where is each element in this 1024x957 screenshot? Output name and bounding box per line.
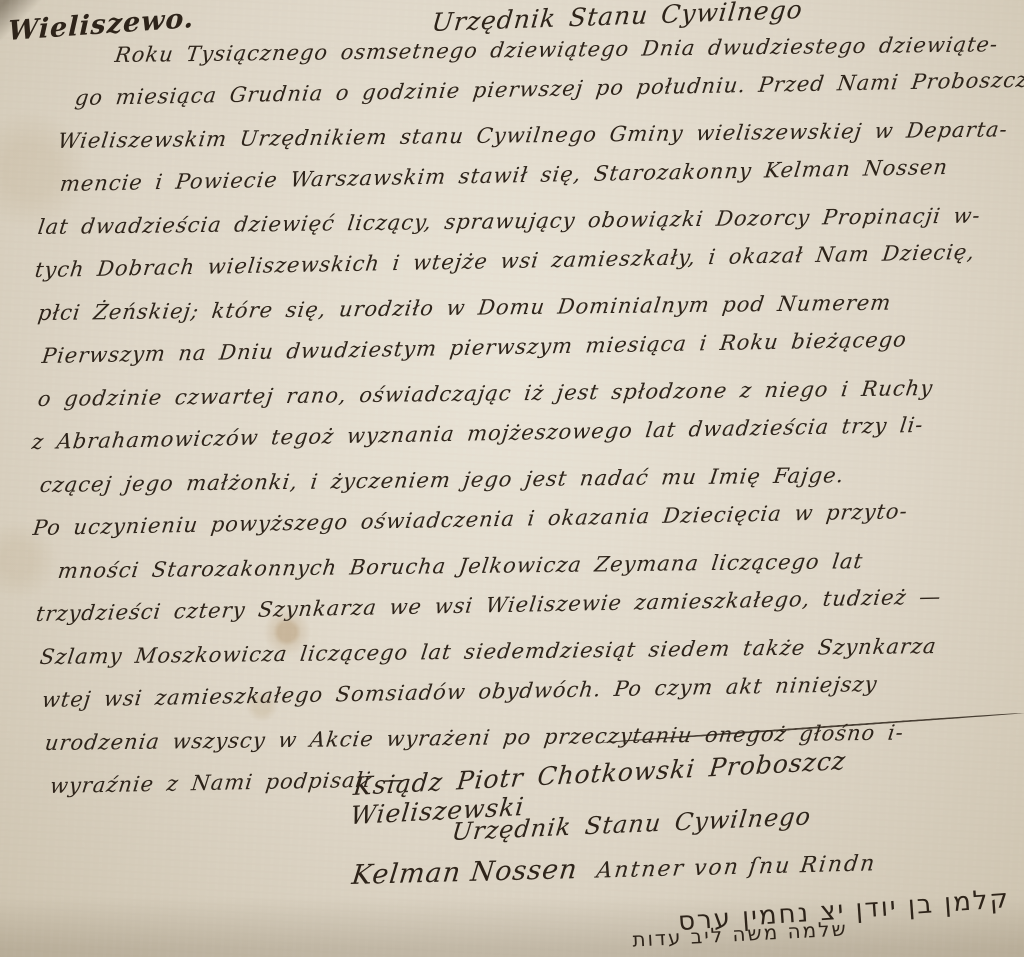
record-body: Roku Tysiącznego osmsetnego dziewiątego … [30,34,1010,808]
signature-father-german-script: Antner von ſnu Rindn [595,851,878,883]
document-page: Wieliszewo. Urzędnik Stanu Cywilnego Rok… [0,0,1024,957]
signature-father-row: Kelman Nossen Antner von ſnu Rindn [350,846,878,891]
signature-father-latin: Kelman Nossen [350,854,579,891]
